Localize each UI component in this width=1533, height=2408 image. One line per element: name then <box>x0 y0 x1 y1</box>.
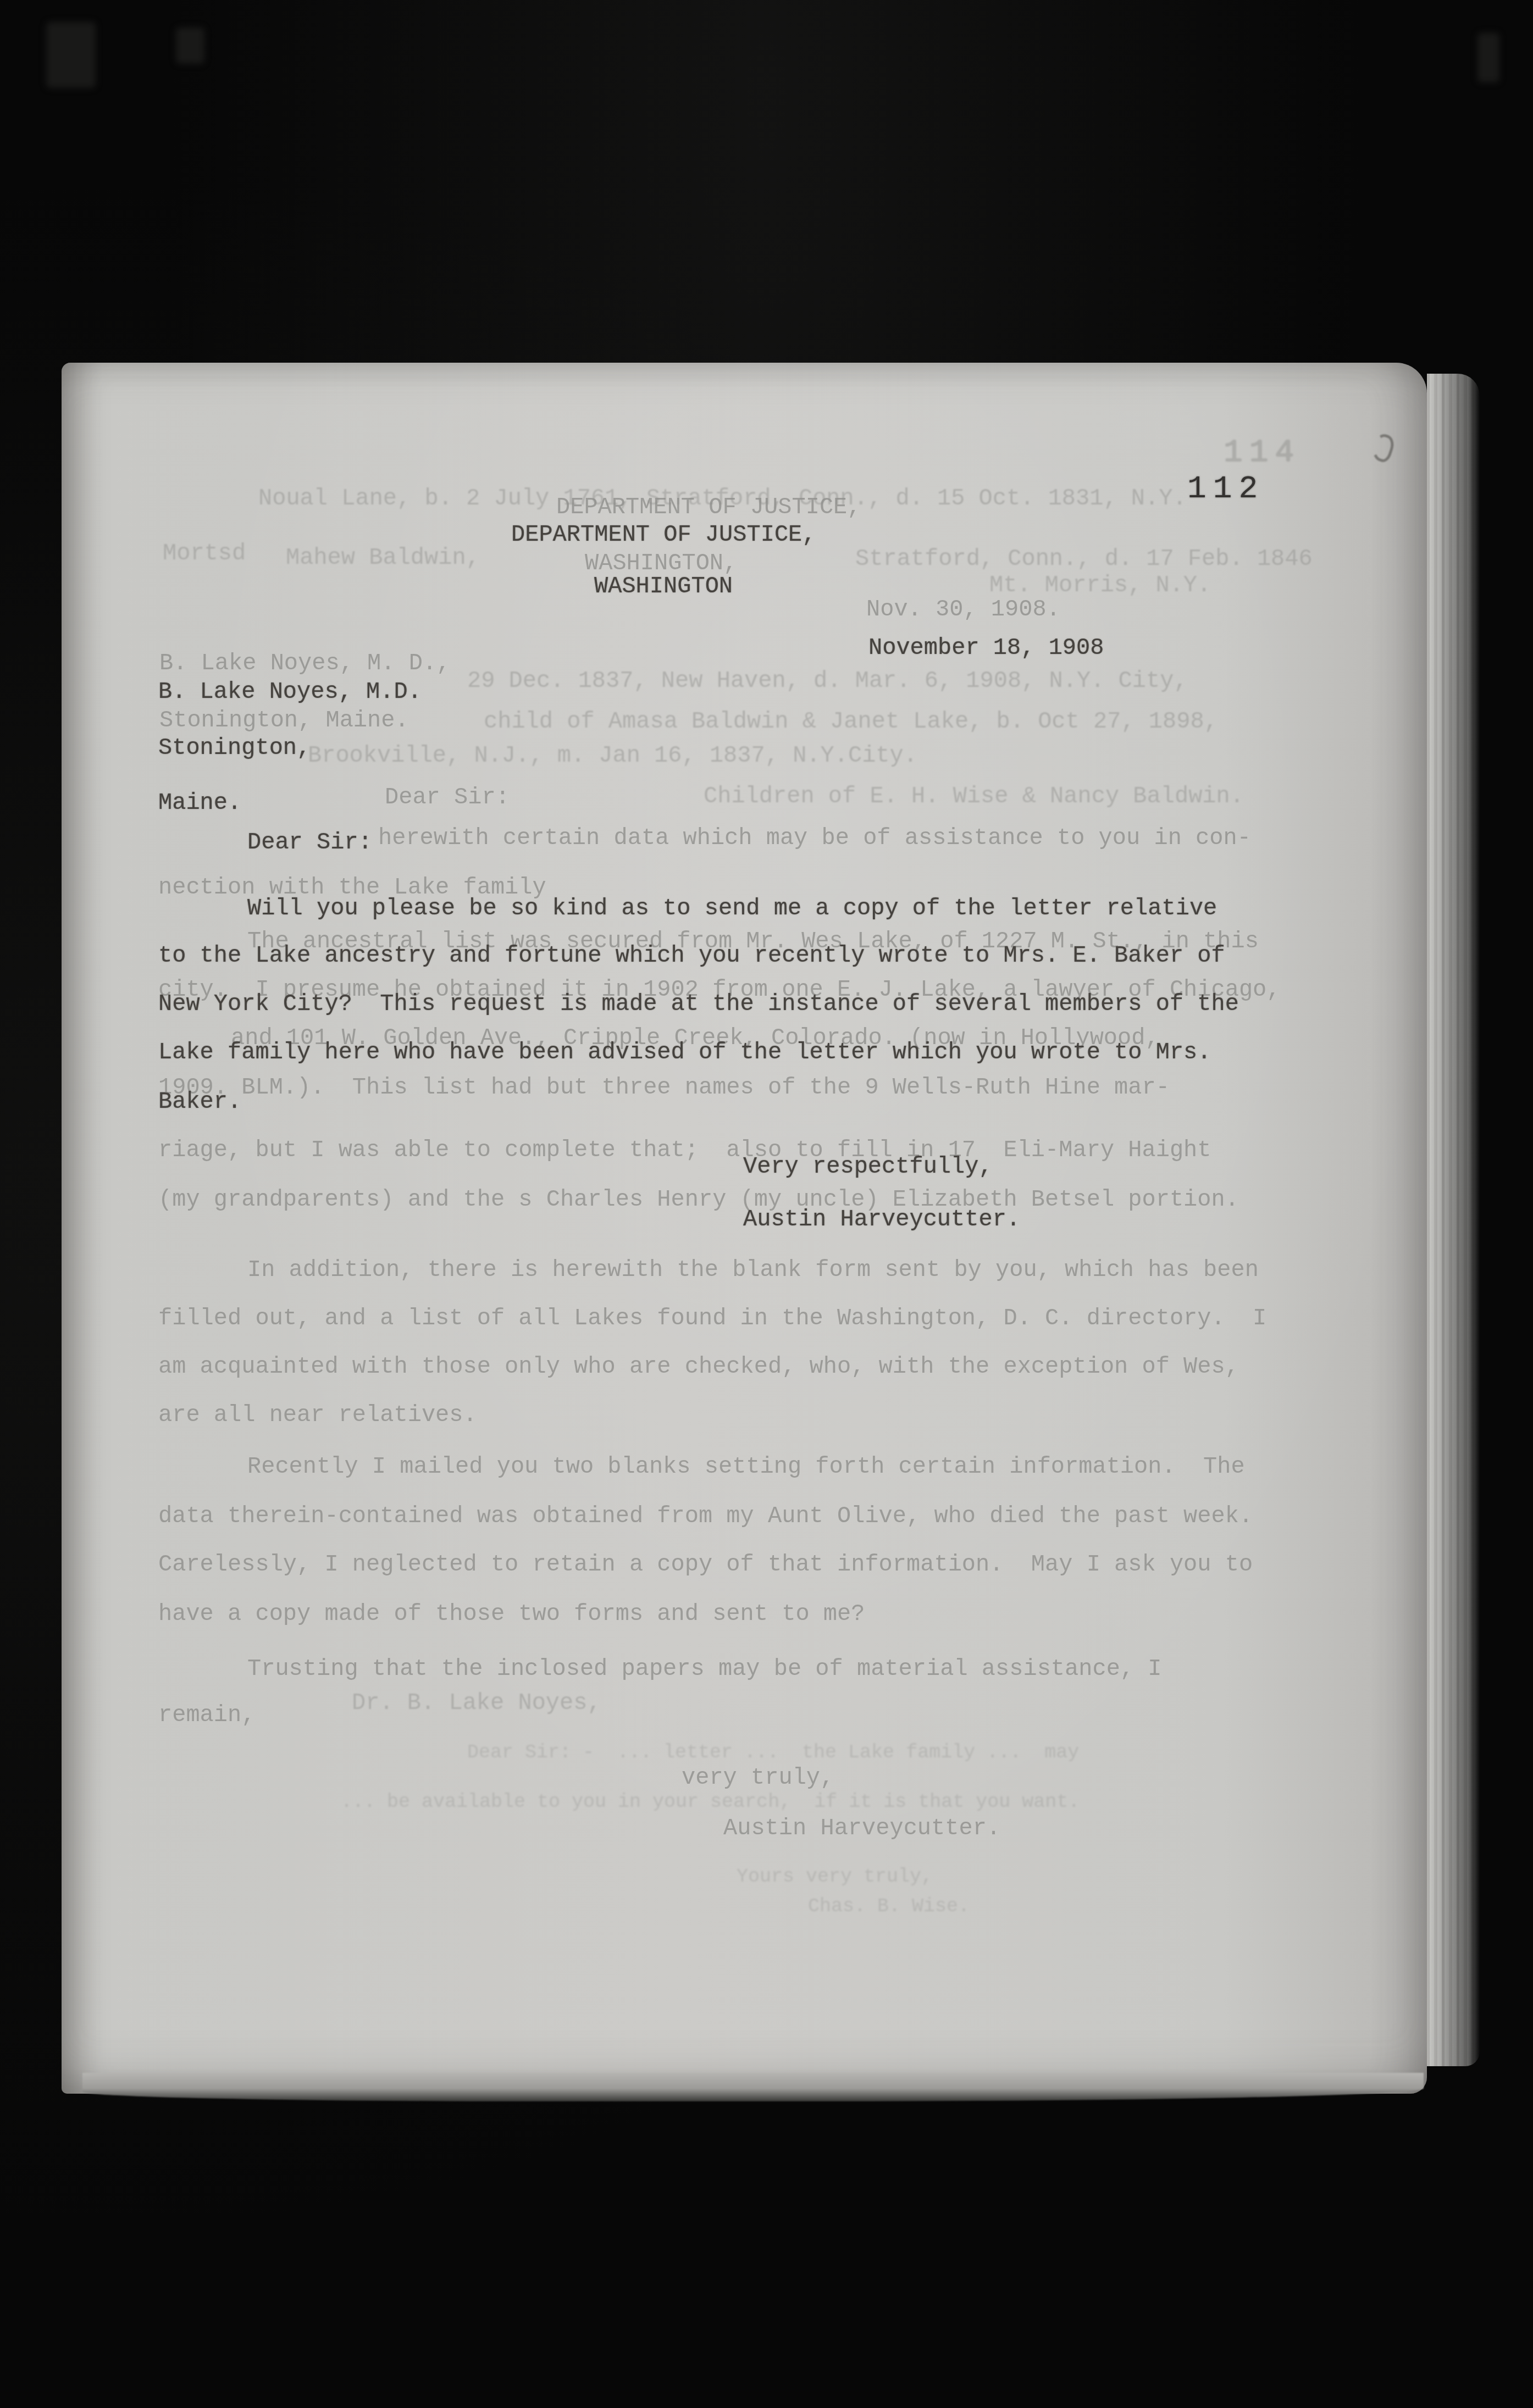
ghost-genealogy-2a: Mahew Baldwin, <box>286 546 480 569</box>
ghost-body-7: riage, but I was able to complete that; … <box>158 1139 1211 1162</box>
ghost-micro-2: ... be available to you in your search, … <box>341 1793 1080 1812</box>
ghost-signature: Austin Harveycutter. <box>723 1817 1000 1840</box>
signature-line: Austin Harveycutter. <box>743 1208 1020 1231</box>
ghost-body-12: are all near relatives. <box>158 1403 477 1427</box>
ghost-addressee-faint: Dr. B. Lake Noyes, <box>352 1691 601 1715</box>
ghost-body-1: herewith certain data which may be of as… <box>378 826 1251 850</box>
ghost-body-13: Recently I mailed you two blanks setting… <box>247 1455 1245 1478</box>
body-line-5: Baker. <box>158 1090 241 1113</box>
recipient-city: Stonington, <box>158 736 311 759</box>
ghost-genealogy-3: 29 Dec. 1837, New Haven, d. Mar. 6, 1908… <box>467 669 1188 692</box>
ghost-genealogy-6: Children of E. H. Wise & Nancy Baldwin. <box>704 785 1244 808</box>
book-page-edges <box>1427 374 1480 2066</box>
ghost-body-17: Trusting that the inclosed papers may be… <box>247 1657 1161 1680</box>
ghost-margin-word: Mortsd <box>163 542 246 565</box>
ghost-body-8: (my grandparents) and the s Charles Henr… <box>158 1188 1239 1211</box>
ghost-genealogy-5: Brookville, N.J., m. Jan 16, 1837, N.Y.C… <box>308 744 917 767</box>
closing-line: Very respectfully, <box>743 1155 993 1178</box>
ghost-letterhead-line1: DEPARTMENT OF JUSTICE, <box>556 496 861 519</box>
page-number: 112 <box>1187 474 1264 506</box>
body-line-3: New York City? This request is made at t… <box>158 992 1239 1016</box>
body-line-2: to the Lake ancestry and fortune which y… <box>158 944 1225 967</box>
ghost-genealogy-2c: Mt. Morris, N.Y. <box>989 574 1211 597</box>
ghost-page-number: 114 <box>1224 437 1300 469</box>
ghost-genealogy-2b: Stratford, Conn., d. 17 Feb. 1846 <box>855 547 1313 570</box>
recipient-state: Maine. <box>158 791 241 814</box>
letterhead-line1: DEPARTMENT OF JUSTICE, <box>511 523 816 546</box>
recipient-name: B. Lake Noyes, M.D. <box>158 680 422 703</box>
ghost-body-6: 1909. BLM.). This list had but three nam… <box>158 1076 1170 1099</box>
ghost-closing: very truly, <box>682 1766 834 1789</box>
body-line-1: Will you please be so kind as to send me… <box>247 897 1217 920</box>
ghost-body-15: Carelessly, I neglected to retain a copy… <box>158 1553 1253 1576</box>
film-artifact <box>46 22 96 88</box>
ghost-micro-4: Chas. B. Wise. <box>808 1897 970 1916</box>
film-artifact <box>1477 33 1499 82</box>
ghost-micro-3: Yours very truly, <box>737 1867 933 1887</box>
ghost-body-9: In addition, there is herewith the blank… <box>247 1258 1259 1281</box>
salutation: Dear Sir: <box>247 831 372 854</box>
ghost-letterhead-line2: WASHINGTON, <box>585 552 737 575</box>
bottom-page-stack <box>82 2073 1424 2101</box>
ghost-salutation: Dear Sir: <box>385 786 510 809</box>
ghost-date: Nov. 30, 1908. <box>866 598 1060 621</box>
date-line: November 18, 1908 <box>868 636 1104 659</box>
ghost-recipient-name: B. Lake Noyes, M. D., <box>159 652 450 675</box>
body-line-4: Lake family here who have been advised o… <box>158 1041 1211 1064</box>
ghost-body-16: have a copy made of those two forms and … <box>158 1602 865 1625</box>
ghost-body-18: remain, <box>158 1704 255 1727</box>
ghost-body-11: am acquainted with those only who are ch… <box>158 1355 1239 1378</box>
ghost-body-10: filled out, and a list of all Lakes foun… <box>158 1307 1266 1330</box>
scanned-letter-photo: 114112Noual Lane, b. 2 July 1761, Stratf… <box>0 0 1533 2408</box>
letterhead-line2: WASHINGTON <box>594 575 733 598</box>
film-artifact <box>176 27 204 64</box>
ghost-recipient-city: Stonington, Maine. <box>159 709 409 732</box>
ghost-genealogy-4: child of Amasa Baldwin & Janet Lake, b. … <box>484 710 1218 733</box>
ghost-micro-1: Dear Sir: - ... letter ... the Lake fami… <box>467 1743 1079 1762</box>
ghost-body-14: data therein-contained was obtained from… <box>158 1505 1253 1528</box>
